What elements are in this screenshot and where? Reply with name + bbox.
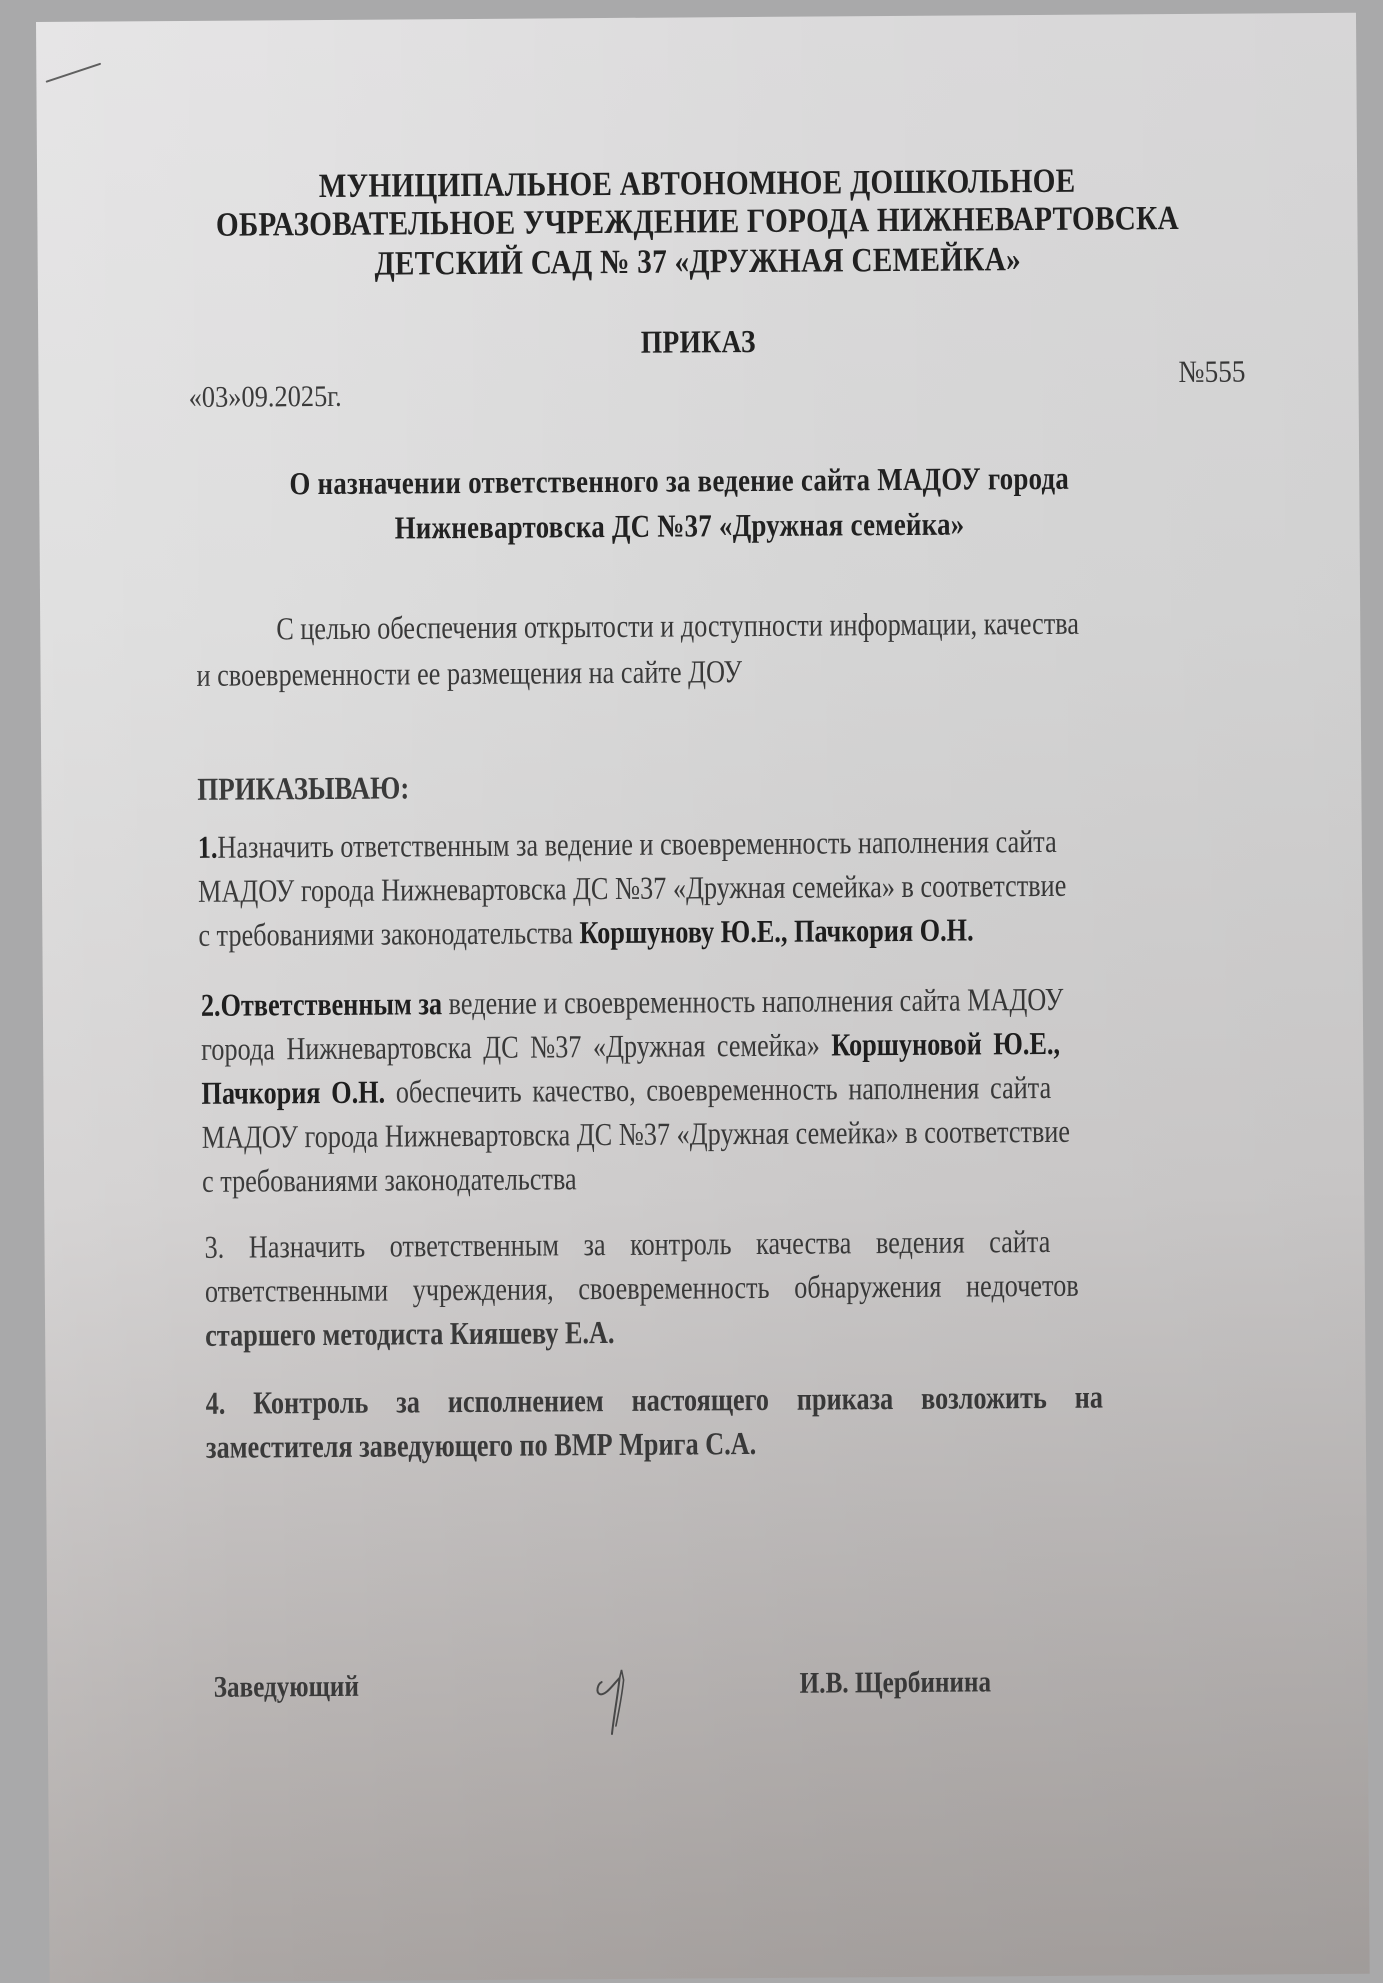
item-1-assignees: Коршунову Ю.Е., Пачкория О.Н. <box>579 911 973 950</box>
header-line-3: ДЕТСКИЙ САД № 37 «ДРУЖНАЯ СЕМЕЙКА» <box>130 239 1265 285</box>
signatory-position: Заведующий <box>214 1670 360 1705</box>
preamble-line-2: и своевременности ее размещения на сайте… <box>196 653 742 694</box>
document-page: МУНИЦИПАЛЬНОЕ АВТОНОМНОЕ ДОШКОЛЬНОЕ ОБРА… <box>36 13 1370 1983</box>
item-3-line-2: ответственными учреждения, своевременнос… <box>205 1267 1079 1310</box>
item-2-line-3: Пачкория О.Н. обеспечить качество, своев… <box>201 1069 1051 1112</box>
item-2-line-2: города Нижневартовска ДС №37 «Дружная се… <box>201 1025 1060 1068</box>
handwritten-signature-icon <box>587 1666 658 1756</box>
header-line-2: ОБРАЗОВАТЕЛЬНОЕ УЧРЕЖДЕНИЕ ГОРОДА НИЖНЕВ… <box>130 199 1265 245</box>
signatory-name: И.В. Щербинина <box>800 1665 992 1700</box>
item-2-text-3: обеспечить качество, своевременность нап… <box>385 1069 1051 1110</box>
item-2-line-1: 2.Ответственным за ведение и своевременн… <box>201 981 1064 1024</box>
item-2-assignee-2: Пачкория О.Н. <box>201 1074 385 1111</box>
document-date: «03»09.2025г. <box>189 380 342 415</box>
item-2-assignee-1: Коршуновой Ю.Е., <box>831 1025 1060 1063</box>
item-2-text: ведение и своевременность наполнения сай… <box>442 981 1064 1021</box>
item-2-line-5: с требованиями законодательства <box>202 1160 577 1200</box>
item-3-line-3: старшего методиста Кияшеву Е.А. <box>205 1314 615 1354</box>
item-3-line-1: 3. Назначить ответственным за контроль к… <box>204 1223 1050 1266</box>
item-1-line-2: МАДОУ города Нижневартовска ДС №37 «Друж… <box>198 867 1066 910</box>
item-2-text-2: города Нижневартовска ДС №37 «Дружная се… <box>201 1026 831 1066</box>
subject-line-1: О назначении ответственного за ведение с… <box>125 459 1234 504</box>
item-4-line-2: заместителя заведующего по ВМР Мрига С.А… <box>206 1425 756 1466</box>
item-2-lead: 2.Ответственным за <box>201 985 442 1023</box>
item-1-number: 1. <box>198 829 218 865</box>
item-1-line-3: с требованиями законодательства Коршунов… <box>198 911 973 953</box>
item-1-text-2: с требованиями законодательства <box>198 914 579 953</box>
item-1-text: Назначить ответственным за ведение и сво… <box>217 823 1056 865</box>
order-heading: ПРИКАЗЫВАЮ: <box>197 769 409 807</box>
document-number: №555 <box>1178 354 1245 390</box>
item-2-line-4: МАДОУ города Нижневартовска ДС №37 «Друж… <box>202 1113 1070 1156</box>
item-4-line-1: 4. Контроль за исполнением настоящего пр… <box>206 1379 1104 1422</box>
subject-line-2: Нижневартовска ДС №37 «Дружная семейка» <box>125 504 1234 549</box>
preamble-line-1: С целью обеспечения открытости и доступн… <box>276 605 1079 648</box>
pen-mark-icon <box>46 63 102 83</box>
document-type: ПРИКАЗ <box>131 319 1266 364</box>
item-1-line-1: 1.Назначить ответственным за ведение и с… <box>198 823 1057 866</box>
